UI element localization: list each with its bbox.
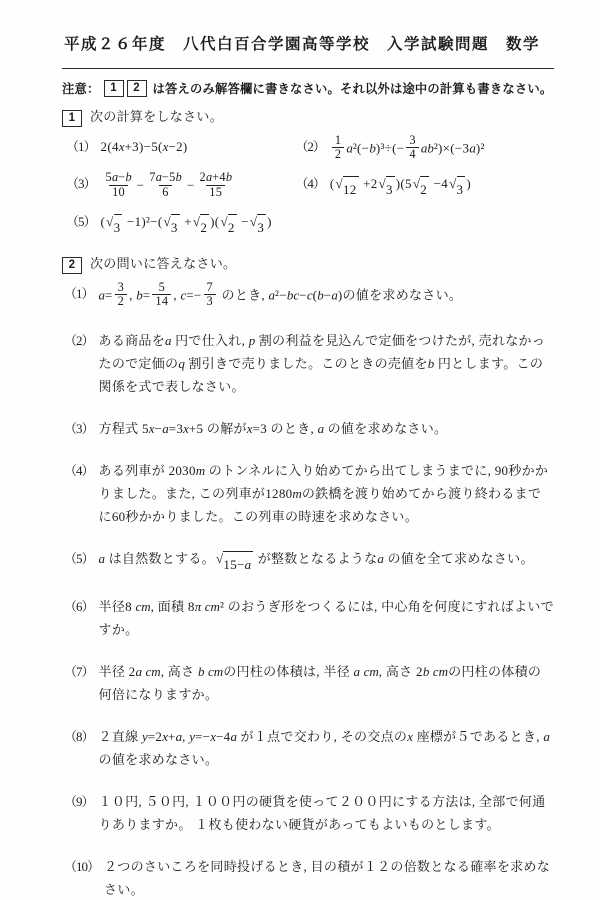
fraction: 32 [115, 281, 127, 310]
fraction: 2a+4b15 [196, 171, 235, 200]
square-root: √2 [413, 176, 429, 201]
problem-label: （1） [66, 135, 96, 158]
problem: （3）方程式 5x−a=3x+5 の解がx=3 のとき, a の値を求めなさい。 [64, 417, 554, 440]
problem-text: 半径8 cm, 面積 8π cm² のおうぎ形をつくるには, 中心角を何度にすれ… [99, 595, 554, 641]
fraction: 7a−5b6 [146, 171, 185, 200]
math-variable: π [195, 599, 202, 614]
problem-text: ２つのさいころを同時投げるとき, 目の積が１２の倍数となる確率を求めなさい。 [104, 855, 554, 900]
math-variable: a [245, 557, 252, 572]
fraction-numerator: 5a−b [103, 171, 135, 185]
radical-sign: √ [193, 214, 200, 230]
math-variable: x [162, 729, 168, 744]
title-divider [62, 68, 554, 69]
fraction-denominator: 10 [109, 185, 128, 200]
radical-sign: √ [220, 214, 227, 230]
math-variable: x [210, 729, 216, 744]
math-variable: b [176, 170, 182, 184]
problem: （6）半径8 cm, 面積 8π cm² のおうぎ形をつくるには, 中心角を何度… [64, 595, 554, 641]
square-root: √3 [250, 214, 266, 239]
problem-text: ある列車が 2030m のトンネルに入り始めてから出てしまうまでに, 90秒かか… [99, 459, 554, 528]
math-variable: a [99, 287, 106, 302]
problem-text: 5a−b10−7a−5b6−2a+4b15 [101, 172, 296, 201]
fraction-numerator: 3 [115, 281, 127, 295]
fraction-denominator: 2 [332, 147, 344, 162]
problem-text: (√12 +2√3)(5√2 −4√3) [330, 172, 554, 201]
math-variable: cm [146, 664, 161, 679]
square-root: √3 [379, 176, 395, 201]
section-2: 2次の問いに答えなさい。（1）a=32, b=514, c=−73 のとき, a… [62, 253, 554, 900]
problem: （1）2(4x+3)−5(x−2) [66, 135, 295, 164]
math-variable: a [469, 140, 476, 155]
problem-text: 半径 2a cm, 高さ b cmの円柱の体積は, 半径 a cm, 高さ 2b… [99, 660, 554, 706]
radical-sign: √ [449, 176, 456, 192]
math-variable: m [196, 463, 205, 478]
fraction-numerator: 2a+4b [196, 171, 235, 185]
math-variable: a [230, 729, 237, 744]
radicand: 3 [171, 214, 180, 239]
section-heading: 2次の問いに答えなさい。 [62, 253, 554, 274]
problem-text: (√3 −1)²−(√3 +√2)(√2 −√3) [101, 210, 554, 239]
page-title: 平成２６年度 八代白百合学園高等学校 入学試験問題 数学 [64, 32, 554, 54]
square-root: √3 [449, 176, 465, 201]
math-variable: b [428, 356, 435, 371]
math-variable: b [369, 140, 376, 155]
problem-label: （2） [295, 135, 325, 158]
problem: （1）a=32, b=514, c=−73 のとき, a²−bc−c(b−a)の… [64, 282, 554, 311]
problem: （7）半径 2a cm, 高さ b cmの円柱の体積は, 半径 a cm, 高さ… [64, 660, 554, 706]
problem-text: 2(4x+3)−5(x−2) [101, 135, 296, 158]
problem: （4）ある列車が 2030m のトンネルに入り始めてから出てしまうまでに, 90… [64, 459, 554, 528]
notice-text: は答えのみ解答欄に書きなさい。それ以外は途中の計算も書きなさい。 [153, 79, 553, 97]
problem-text: ２直線 y=2x+a, y=−x−4a が１点で交わり, その交点のx 座標が５… [99, 725, 554, 771]
radical-sign: √ [336, 176, 343, 192]
radicand: 2 [420, 176, 429, 201]
problem-label: （9） [64, 790, 94, 813]
math-variable: a [112, 170, 118, 184]
fraction-numerator: 1 [332, 134, 344, 148]
problem-text: a=32, b=514, c=−73 のとき, a²−bc−c(b−a)の値を求… [99, 282, 554, 311]
radicand: 3 [114, 214, 123, 239]
math-variable: cm [364, 664, 379, 679]
problem-label: （3） [64, 417, 94, 440]
math-variable: b [136, 287, 143, 302]
math-variable: cm [205, 599, 220, 614]
math-variable: b [198, 664, 205, 679]
math-variable: b [423, 664, 430, 679]
math-variable: x [163, 139, 169, 154]
boxed-number-2: 2 [127, 80, 147, 97]
problem-label: （10） [64, 855, 99, 878]
math-variable: a [156, 170, 162, 184]
math-variable: a [162, 421, 169, 436]
problem-text: a は自然数とする。√15−a が整数となるようなa の値を全て求めなさい。 [99, 547, 554, 576]
exam-page: 平成２６年度 八代白百合学園高等学校 入学試験問題 数学 注意： 1 2 は答え… [0, 0, 600, 900]
math-variable: b [226, 170, 232, 184]
radical-sign: √ [163, 214, 170, 230]
math-variable: a [165, 333, 172, 348]
problem-label: （8） [64, 725, 94, 748]
math-variable: c [180, 287, 186, 302]
fraction-denominator: 14 [152, 294, 171, 309]
problem-text: 12a²(−b)³÷(−34ab²)×(−3a)² [330, 135, 554, 164]
problem-label: （5） [64, 547, 94, 570]
math-variable: p [249, 333, 256, 348]
problem-label: （5） [66, 210, 96, 233]
math-variable: a [346, 140, 353, 155]
notice-label: 注意： [62, 79, 100, 97]
math-variable: a [377, 551, 384, 566]
math-variable: a [318, 421, 325, 436]
fraction: 514 [152, 281, 171, 310]
math-variable: a [543, 729, 550, 744]
notice-line: 注意： 1 2 は答えのみ解答欄に書きなさい。それ以外は途中の計算も書きなさい。 [62, 79, 554, 97]
problem-label: （4） [64, 459, 94, 482]
section-heading: 1次の計算をしなさい。 [62, 106, 554, 127]
radical-sign: √ [379, 176, 386, 192]
problem-label: （4） [295, 172, 325, 195]
section-1: 1次の計算をしなさい。（1）2(4x+3)−5(x−2)（2）12a²(−b)³… [62, 106, 554, 239]
fraction: 73 [204, 281, 216, 310]
section-number-box: 2 [62, 257, 82, 274]
math-variable: x [149, 421, 155, 436]
problem-label: （6） [64, 595, 94, 618]
radicand: 3 [457, 176, 466, 201]
math-variable: cm [433, 664, 448, 679]
boxed-number-1: 1 [104, 80, 124, 97]
fraction-denominator: 4 [406, 147, 418, 162]
fraction-denominator: 15 [206, 185, 225, 200]
math-variable: ab [421, 140, 434, 155]
problem: （9）１０円, ５０円, １００円の硬貨を使って２００円にする方法は, 全部で何… [64, 790, 554, 836]
fraction-numerator: 7a−5b [146, 171, 185, 185]
radicand: 2 [228, 214, 237, 239]
fraction-denominator: 3 [204, 294, 216, 309]
radicand: 3 [257, 214, 266, 239]
problem: （5）a は自然数とする。√15−a が整数となるようなa の値を全て求めなさい… [64, 547, 554, 576]
math-variable: b [317, 287, 324, 302]
problem: （2）12a²(−b)³÷(−34ab²)×(−3a)² [295, 135, 554, 164]
math-variable: a [176, 729, 183, 744]
problem-label: （7） [64, 660, 94, 683]
radicand: 3 [386, 176, 395, 201]
sections: 1次の計算をしなさい。（1）2(4x+3)−5(x−2)（2）12a²(−b)³… [62, 106, 554, 900]
square-root: √12 [336, 176, 359, 201]
fraction: 5a−b10 [103, 171, 135, 200]
math-variable: a [135, 664, 142, 679]
math-variable: a [206, 170, 212, 184]
square-root: √15−a [216, 551, 253, 576]
radical-sign: √ [106, 214, 113, 230]
fraction-numerator: 7 [204, 281, 216, 295]
radical-sign: √ [250, 214, 257, 230]
radicand: 12 [343, 176, 359, 201]
square-root: √2 [193, 214, 209, 239]
square-root: √2 [220, 214, 236, 239]
problem-label: （1） [64, 282, 94, 305]
fraction: 34 [406, 134, 418, 163]
math-variable: y [142, 729, 148, 744]
math-variable: cm [135, 599, 150, 614]
problem: （2）ある商品をa 円で仕入れ, p 割の利益を見込んで定価をつけたが, 売れな… [64, 329, 554, 398]
problem: （5）(√3 −1)²−(√3 +√2)(√2 −√3) [66, 210, 554, 239]
problem-label: （3） [66, 172, 96, 195]
fraction: 12 [332, 134, 344, 163]
radicand: 15−a [223, 551, 253, 576]
math-variable: x [183, 421, 189, 436]
problem-text: 方程式 5x−a=3x+5 の解がx=3 のとき, a の値を求めなさい。 [99, 417, 554, 440]
fraction-denominator: 6 [159, 185, 171, 200]
fraction-numerator: 5 [156, 281, 168, 295]
radical-sign: √ [216, 551, 223, 567]
problem-list: （1）a=32, b=514, c=−73 のとき, a²−bc−c(b−a)の… [64, 282, 554, 900]
section-number-box: 1 [62, 110, 82, 127]
math-variable: a [269, 287, 276, 302]
problem-list: （1）2(4x+3)−5(x−2)（2）12a²(−b)³÷(−34ab²)×(… [66, 135, 554, 240]
math-variable: m [292, 486, 301, 501]
math-variable: a [331, 287, 338, 302]
math-variable: x [407, 729, 413, 744]
math-variable: y [189, 729, 195, 744]
math-variable: cm [208, 664, 223, 679]
math-variable: q [178, 356, 185, 371]
square-root: √3 [163, 214, 179, 239]
radical-sign: √ [413, 176, 420, 192]
problem: （10）２つのさいころを同時投げるとき, 目の積が１２の倍数となる確率を求めなさ… [64, 855, 554, 900]
problem-label: （2） [64, 329, 94, 352]
math-variable: bc [287, 287, 299, 302]
problem: （4）(√12 +2√3)(5√2 −4√3) [295, 172, 554, 201]
section-heading-text: 次の問いに答えなさい。 [90, 256, 236, 271]
math-variable: x [119, 139, 125, 154]
section-heading-text: 次の計算をしなさい。 [90, 109, 223, 124]
math-variable: b [125, 170, 131, 184]
problem-text: １０円, ５０円, １００円の硬貨を使って２００円にする方法は, 全部で何通りあ… [99, 790, 554, 836]
math-variable: a [99, 551, 106, 566]
math-variable: a [354, 664, 361, 679]
square-root: √3 [106, 214, 122, 239]
math-variable: c [307, 287, 313, 302]
fraction-numerator: 3 [406, 134, 418, 148]
math-variable: x [247, 421, 253, 436]
problem: （8）２直線 y=2x+a, y=−x−4a が１点で交わり, その交点のx 座… [64, 725, 554, 771]
fraction-denominator: 2 [115, 294, 127, 309]
problem: （3）5a−b10−7a−5b6−2a+4b15 [66, 172, 295, 201]
radicand: 2 [200, 214, 209, 239]
problem-text: ある商品をa 円で仕入れ, p 割の利益を見込んで定価をつけたが, 売れなかった… [99, 329, 554, 398]
